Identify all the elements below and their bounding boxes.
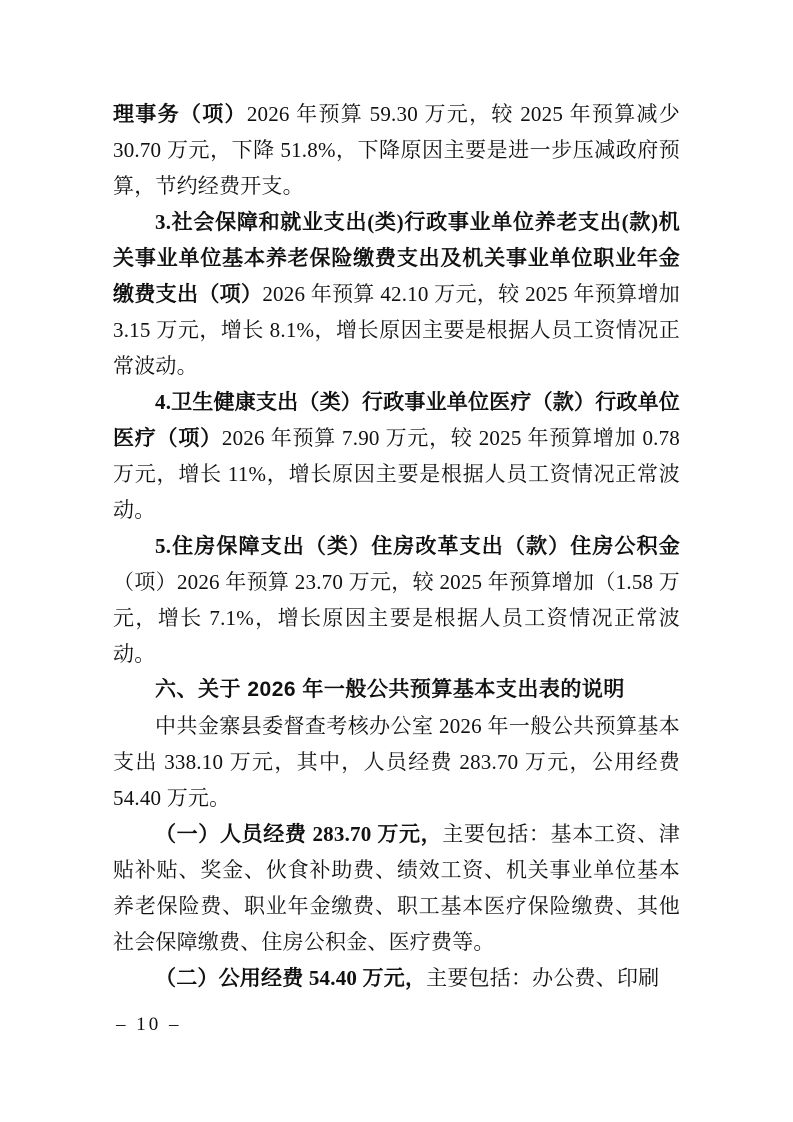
section-heading: 六、关于 2026 年一般公共预算基本支出表的说明 [113, 672, 680, 708]
text-segment: 5.住房保障支出（类）住房改革支出（款）住房公积金 [155, 534, 680, 558]
page-number: – 10 – [116, 1014, 182, 1036]
paragraph: 理事务（项）2026 年预算 59.30 万元，较 2025 年预算减少 30.… [113, 96, 680, 204]
text-segment: 主要包括：办公费、印刷 [426, 966, 659, 990]
document-page: 理事务（项）2026 年预算 59.30 万元，较 2025 年预算减少 30.… [0, 0, 793, 1122]
paragraph: （二）公用经费 54.40 万元，主要包括：办公费、印刷 [113, 960, 680, 996]
document-body: 理事务（项）2026 年预算 59.30 万元，较 2025 年预算减少 30.… [113, 96, 680, 996]
text-segment: 六、关于 2026 年一般公共预算基本支出表的说明 [155, 678, 625, 701]
text-segment: 中共金寨县委督查考核办公室 2026 年一般公共预算基本支出 338.10 万元… [113, 714, 680, 810]
text-segment: 理事务（项） [113, 102, 247, 126]
text-segment: （二）公用经费 54.40 万元， [155, 966, 426, 990]
text-segment: （项）2026 年预算 23.70 万元，较 2025 年预算增加（1.58 万… [113, 570, 680, 666]
paragraph: 3.社会保障和就业支出(类)行政事业单位养老支出(款)机关事业单位基本养老保险缴… [113, 204, 680, 384]
paragraph: 中共金寨县委督查考核办公室 2026 年一般公共预算基本支出 338.10 万元… [113, 708, 680, 816]
paragraph: 5.住房保障支出（类）住房改革支出（款）住房公积金（项）2026 年预算 23.… [113, 528, 680, 672]
text-segment: （一）人员经费 283.70 万元， [155, 822, 442, 846]
paragraph: （一）人员经费 283.70 万元，主要包括：基本工资、津贴补贴、奖金、伙食补助… [113, 816, 680, 960]
paragraph: 4.卫生健康支出（类）行政事业单位医疗（款）行政单位医疗（项）2026 年预算 … [113, 384, 680, 528]
